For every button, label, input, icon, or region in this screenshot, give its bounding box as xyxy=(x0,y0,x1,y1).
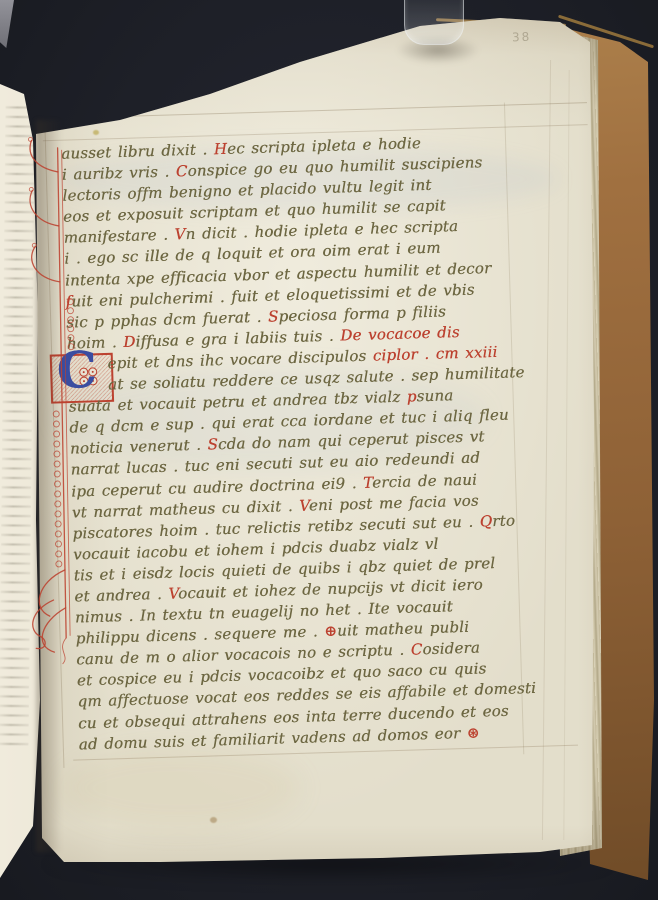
ink-text: osidera xyxy=(422,639,480,659)
ink-text: rto xyxy=(492,511,515,530)
manuscript-page: 38 xyxy=(0,0,658,900)
ink-text: ercia de naui xyxy=(372,470,477,491)
ink-text: suna xyxy=(416,386,453,405)
rubric-text: p xyxy=(406,387,416,405)
rubric-text: C xyxy=(411,640,423,658)
rubric-text: De vocacoe dis xyxy=(340,323,460,345)
corner-object xyxy=(0,0,14,48)
rubric-text: V xyxy=(174,225,186,243)
rubric-text: ⊕ xyxy=(324,622,337,640)
rubric-text: ⊛ xyxy=(466,723,479,741)
rubric-text: D xyxy=(123,332,136,350)
penwork-flourish xyxy=(11,129,100,670)
manuscript-photo: 38 xyxy=(0,0,658,900)
rubric-text: Q xyxy=(479,512,492,530)
rubric-text: S xyxy=(207,436,218,454)
ruled-text-area: C ausset libru dixit . Hec scripta iplet… xyxy=(52,96,624,802)
rubric-text: ciplor . cm xxiii xyxy=(373,343,498,365)
ink-text: uit matheu publi xyxy=(337,618,470,640)
rubric-text: V xyxy=(168,584,178,602)
parchment-stain xyxy=(210,817,217,823)
rubric-text: H xyxy=(214,140,228,158)
text-block: ausset libru dixit . Hec scripta ipleta … xyxy=(61,130,559,756)
transparent-tab xyxy=(404,0,464,45)
ink-text: peciosa forma p filiis xyxy=(278,302,446,325)
folio-number: 38 xyxy=(512,30,532,45)
ink-text: eni post me facia vos xyxy=(309,491,479,514)
rubric-text: C xyxy=(176,162,188,180)
